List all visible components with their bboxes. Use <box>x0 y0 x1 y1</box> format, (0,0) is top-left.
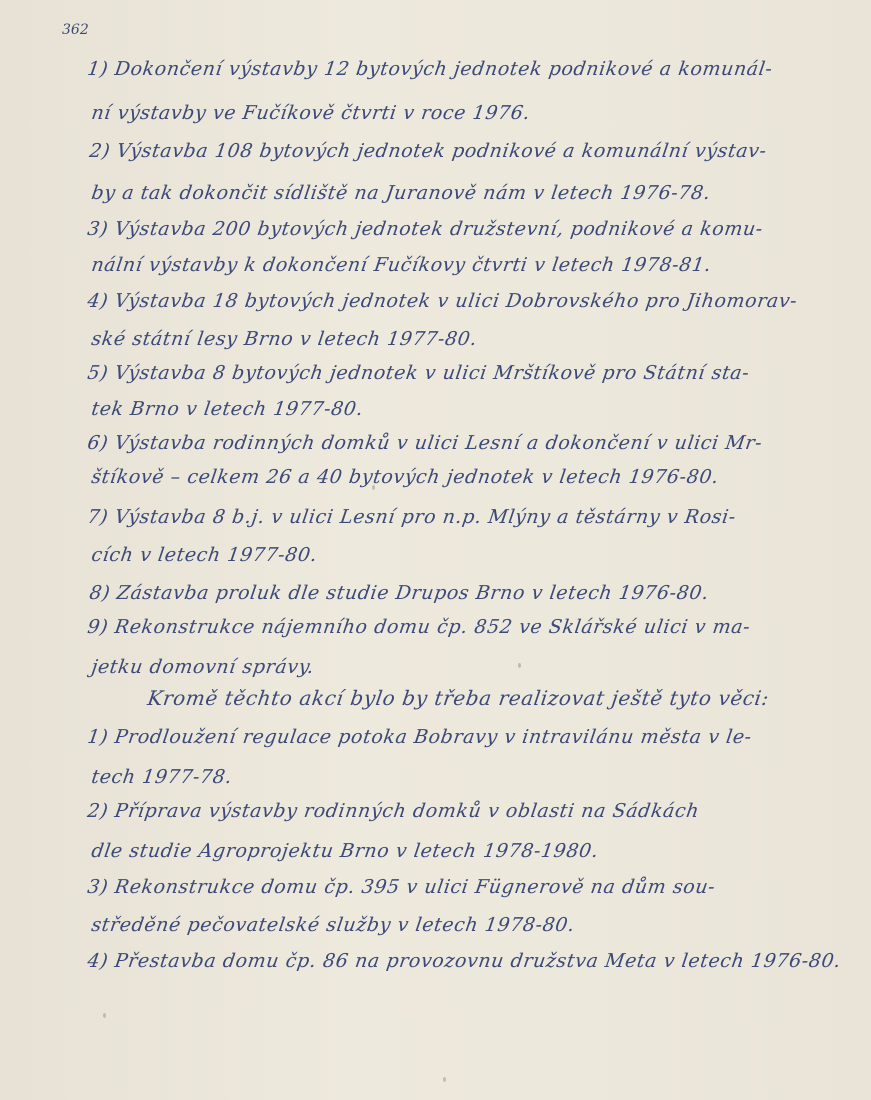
paper-speck <box>103 1013 106 1018</box>
paragraph-intro-line: Kromě těchto akcí bylo by třeba realizov… <box>146 686 771 710</box>
text-line: 5) Výstavba 8 bytových jednotek v ulici … <box>86 362 751 384</box>
text-line: ské státní lesy Brno v letech 1977-80. <box>90 328 479 350</box>
page-number: 362 <box>62 22 89 38</box>
text-line: 7) Výstavba 8 b.j. v ulici Lesní pro n.p… <box>86 506 737 528</box>
text-line: cích v letech 1977-80. <box>90 544 319 566</box>
text-line: 9) Rekonstrukce nájemního domu čp. 852 v… <box>86 616 752 638</box>
text-line: nální výstavby k dokončení Fučíkovy čtvr… <box>90 254 713 276</box>
text-line: štíkově – celkem 26 a 40 bytových jednot… <box>90 466 720 488</box>
text-line: tek Brno v letech 1977-80. <box>90 398 365 420</box>
text-line: 1) Dokončení výstavby 12 bytových jednot… <box>86 58 774 80</box>
text-line: středěné pečovatelské služby v letech 19… <box>90 914 576 936</box>
paper-speck <box>443 1077 446 1082</box>
text-line: tech 1977-78. <box>90 766 234 788</box>
text-line: 1) Prodloužení regulace potoka Bobravy v… <box>86 726 753 748</box>
paper-speck <box>372 485 375 490</box>
text-line: 6) Výstavba rodinných domků v ulici Lesn… <box>86 432 764 454</box>
text-line: 8) Zástavba proluk dle studie Drupos Brn… <box>88 582 710 604</box>
text-line: 2) Výstavba 108 bytových jednotek podnik… <box>88 140 768 162</box>
paper-speck <box>518 663 521 668</box>
text-line: by a tak dokončit sídliště na Juranově n… <box>90 182 712 204</box>
text-line: 3) Výstavba 200 bytových jednotek družst… <box>86 218 764 240</box>
text-line: dle studie Agroprojektu Brno v letech 19… <box>90 840 600 862</box>
text-line: jetku domovní správy. <box>90 656 316 678</box>
text-line: 3) Rekonstrukce domu čp. 395 v ulici Füg… <box>86 876 717 898</box>
text-line: 4) Výstavba 18 bytových jednotek v ulici… <box>86 290 799 312</box>
text-line: 2) Příprava výstavby rodinných domků v o… <box>86 800 701 822</box>
text-line: ní výstavby ve Fučíkově čtvrti v roce 19… <box>90 102 532 124</box>
text-line: 4) Přestavba domu čp. 86 na provozovnu d… <box>86 950 842 972</box>
